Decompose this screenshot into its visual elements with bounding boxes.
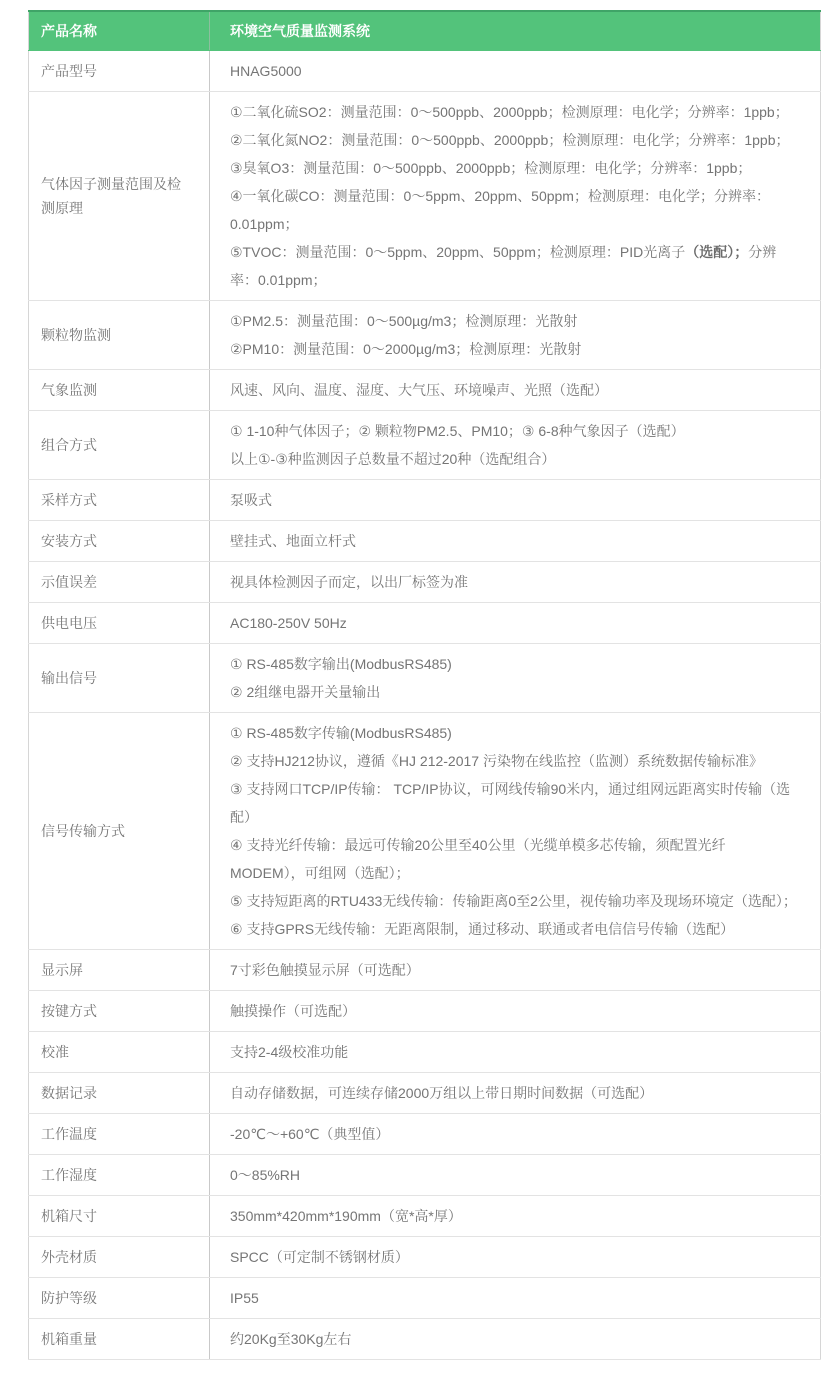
table-row: 工作温度-20℃～+60℃（典型值） bbox=[29, 1114, 821, 1155]
table-row: 外壳材质SPCC（可定制不锈钢材质） bbox=[29, 1237, 821, 1278]
table-row: 安装方式壁挂式、地面立杆式 bbox=[29, 521, 821, 562]
spec-line: 约20Kg至30Kg左右 bbox=[230, 1325, 800, 1353]
table-row: 颗粒物监测①PM2.5：测量范围：0～500µg/m3；检测原理：光散射②PM1… bbox=[29, 301, 821, 370]
table-row: 显示屏7寸彩色触摸显示屏（可选配） bbox=[29, 950, 821, 991]
spec-line: 触摸操作（可选配） bbox=[230, 997, 800, 1025]
spec-line: ②PM10：测量范围：0～2000µg/m3；检测原理：光散射 bbox=[230, 335, 800, 363]
table-row: 工作湿度0～85%RH bbox=[29, 1155, 821, 1196]
row-value: SPCC（可定制不锈钢材质） bbox=[210, 1237, 821, 1278]
spec-line: ⑤ 支持短距离的RTU433无线传输：传输距离0至2公里，视传输功率及现场环境定… bbox=[230, 887, 800, 915]
row-label: 气体因子测量范围及检测原理 bbox=[29, 92, 210, 301]
spec-line: ② 支持HJ212协议，遵循《HJ 212-2017 污染物在线监控（监测）系统… bbox=[230, 747, 800, 775]
row-label: 防护等级 bbox=[29, 1278, 210, 1319]
header-label-cell: 产品名称 bbox=[29, 11, 210, 51]
spec-line: HNAG5000 bbox=[230, 57, 800, 85]
row-value: ①二氧化硫SO2：测量范围：0～500ppb、2000ppb；检测原理：电化学；… bbox=[210, 92, 821, 301]
spec-line: 壁挂式、地面立杆式 bbox=[230, 527, 800, 555]
row-value: ① RS-485数字输出(ModbusRS485)② 2组继电器开关量输出 bbox=[210, 644, 821, 713]
table-row: 产品型号HNAG5000 bbox=[29, 51, 821, 92]
spec-line: ③臭氧O3：测量范围：0～500ppb、2000ppb；检测原理：电化学；分辨率… bbox=[230, 154, 800, 182]
row-value: AC180-250V 50Hz bbox=[210, 603, 821, 644]
row-value: ① 1-10种气体因子；② 颗粒物PM2.5、PM10；③ 6-8种气象因子（选… bbox=[210, 411, 821, 480]
spec-line: 7寸彩色触摸显示屏（可选配） bbox=[230, 956, 800, 984]
table-row: 机箱尺寸350mm*420mm*190mm（宽*高*厚） bbox=[29, 1196, 821, 1237]
table-row: 按键方式触摸操作（可选配） bbox=[29, 991, 821, 1032]
row-label: 机箱尺寸 bbox=[29, 1196, 210, 1237]
spec-line: 自动存储数据，可连续存储2000万组以上带日期时间数据（可选配） bbox=[230, 1079, 800, 1107]
spec-line: ⑥ 支持GPRS无线传输：无距离限制，通过移动、联通或者电信信号传输（选配） bbox=[230, 915, 800, 943]
spec-line: ① 1-10种气体因子；② 颗粒物PM2.5、PM10；③ 6-8种气象因子（选… bbox=[230, 417, 800, 445]
spec-line: ④一氧化碳CO：测量范围：0～5ppm、20ppm、50ppm；检测原理：电化学… bbox=[230, 182, 800, 238]
row-value: 壁挂式、地面立杆式 bbox=[210, 521, 821, 562]
row-label: 按键方式 bbox=[29, 991, 210, 1032]
row-value: IP55 bbox=[210, 1278, 821, 1319]
table-row: 组合方式① 1-10种气体因子；② 颗粒物PM2.5、PM10；③ 6-8种气象… bbox=[29, 411, 821, 480]
row-value: 触摸操作（可选配） bbox=[210, 991, 821, 1032]
table-row: 防护等级IP55 bbox=[29, 1278, 821, 1319]
table-row: 机箱重量约20Kg至30Kg左右 bbox=[29, 1319, 821, 1360]
spec-line: AC180-250V 50Hz bbox=[230, 609, 800, 637]
row-label: 示值误差 bbox=[29, 562, 210, 603]
table-row: 气象监测风速、风向、温度、湿度、大气压、环境噪声、光照（选配） bbox=[29, 370, 821, 411]
row-label: 数据记录 bbox=[29, 1073, 210, 1114]
spec-line: ①PM2.5：测量范围：0～500µg/m3；检测原理：光散射 bbox=[230, 307, 800, 335]
spec-line: ② 2组继电器开关量输出 bbox=[230, 678, 800, 706]
header-value-cell: 环境空气质量监测系统 bbox=[210, 11, 821, 51]
spec-line: 视具体检测因子而定，以出厂标签为准 bbox=[230, 568, 800, 596]
row-value: HNAG5000 bbox=[210, 51, 821, 92]
table-row: 采样方式泵吸式 bbox=[29, 480, 821, 521]
row-label: 气象监测 bbox=[29, 370, 210, 411]
row-label: 输出信号 bbox=[29, 644, 210, 713]
row-value: 支持2-4级校准功能 bbox=[210, 1032, 821, 1073]
row-value: ①PM2.5：测量范围：0～500µg/m3；检测原理：光散射②PM10：测量范… bbox=[210, 301, 821, 370]
spec-line: -20℃～+60℃（典型值） bbox=[230, 1120, 800, 1148]
spec-line: ③ 支持网口TCP/IP传输： TCP/IP协议，可网线传输90米内，通过组网远… bbox=[230, 775, 800, 831]
spec-line: ②二氧化氮NO2：测量范围：0～500ppb、2000ppb；检测原理：电化学；… bbox=[230, 126, 800, 154]
row-label: 产品型号 bbox=[29, 51, 210, 92]
spec-line: 以上①-③种监测因子总数量不超过20种（选配组合） bbox=[230, 445, 800, 473]
row-label: 机箱重量 bbox=[29, 1319, 210, 1360]
row-value: ① RS-485数字传输(ModbusRS485)② 支持HJ212协议，遵循《… bbox=[210, 713, 821, 950]
spec-line: ① RS-485数字传输(ModbusRS485) bbox=[230, 719, 800, 747]
row-value: 视具体检测因子而定，以出厂标签为准 bbox=[210, 562, 821, 603]
row-label: 外壳材质 bbox=[29, 1237, 210, 1278]
spec-line: 风速、风向、温度、湿度、大气压、环境噪声、光照（选配） bbox=[230, 376, 800, 404]
table-header-row: 产品名称 环境空气质量监测系统 bbox=[29, 11, 821, 51]
row-label: 供电电压 bbox=[29, 603, 210, 644]
row-value: 自动存储数据，可连续存储2000万组以上带日期时间数据（可选配） bbox=[210, 1073, 821, 1114]
row-label: 采样方式 bbox=[29, 480, 210, 521]
spec-line: 350mm*420mm*190mm（宽*高*厚） bbox=[230, 1202, 800, 1230]
spec-line: 泵吸式 bbox=[230, 486, 800, 514]
row-value: 7寸彩色触摸显示屏（可选配） bbox=[210, 950, 821, 991]
spec-line: ⑤TVOC：测量范围：0～5ppm、20ppm、50ppm；检测原理：PID光离… bbox=[230, 238, 800, 294]
table-row: 校准支持2-4级校准功能 bbox=[29, 1032, 821, 1073]
spec-line: 支持2-4级校准功能 bbox=[230, 1038, 800, 1066]
row-value: 约20Kg至30Kg左右 bbox=[210, 1319, 821, 1360]
row-value: 0～85%RH bbox=[210, 1155, 821, 1196]
row-label: 安装方式 bbox=[29, 521, 210, 562]
table-row: 输出信号① RS-485数字输出(ModbusRS485)② 2组继电器开关量输… bbox=[29, 644, 821, 713]
table-row: 气体因子测量范围及检测原理①二氧化硫SO2：测量范围：0～500ppb、2000… bbox=[29, 92, 821, 301]
spec-line: ① RS-485数字输出(ModbusRS485) bbox=[230, 650, 800, 678]
row-label: 信号传输方式 bbox=[29, 713, 210, 950]
spec-line: ④ 支持光纤传输：最远可传输20公里至40公里（光缆单模多芯传输，须配置光纤MO… bbox=[230, 831, 800, 887]
spec-line: 0～85%RH bbox=[230, 1161, 800, 1189]
row-label: 工作温度 bbox=[29, 1114, 210, 1155]
spec-line: ①二氧化硫SO2：测量范围：0～500ppb、2000ppb；检测原理：电化学；… bbox=[230, 98, 800, 126]
row-label: 工作湿度 bbox=[29, 1155, 210, 1196]
table-row: 数据记录自动存储数据，可连续存储2000万组以上带日期时间数据（可选配） bbox=[29, 1073, 821, 1114]
row-value: 风速、风向、温度、湿度、大气压、环境噪声、光照（选配） bbox=[210, 370, 821, 411]
table-row: 示值误差视具体检测因子而定，以出厂标签为准 bbox=[29, 562, 821, 603]
row-value: 泵吸式 bbox=[210, 480, 821, 521]
table-row: 信号传输方式① RS-485数字传输(ModbusRS485)② 支持HJ212… bbox=[29, 713, 821, 950]
row-value: 350mm*420mm*190mm（宽*高*厚） bbox=[210, 1196, 821, 1237]
spec-line: SPCC（可定制不锈钢材质） bbox=[230, 1243, 800, 1271]
table-row: 供电电压AC180-250V 50Hz bbox=[29, 603, 821, 644]
product-spec-table: 产品名称 环境空气质量监测系统 产品型号HNAG5000气体因子测量范围及检测原… bbox=[28, 10, 821, 1360]
row-label: 校准 bbox=[29, 1032, 210, 1073]
row-value: -20℃～+60℃（典型值） bbox=[210, 1114, 821, 1155]
row-label: 颗粒物监测 bbox=[29, 301, 210, 370]
row-label: 显示屏 bbox=[29, 950, 210, 991]
row-label: 组合方式 bbox=[29, 411, 210, 480]
spec-line: IP55 bbox=[230, 1284, 800, 1312]
